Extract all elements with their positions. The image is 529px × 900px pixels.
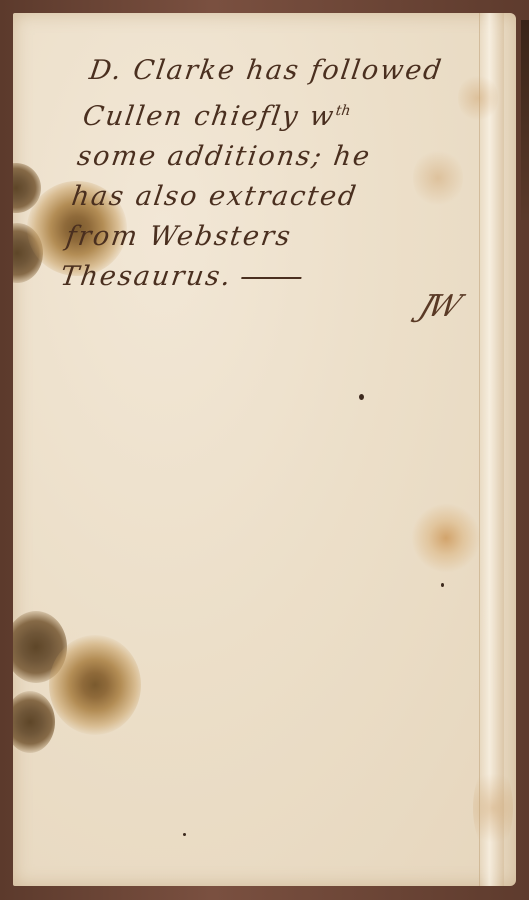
note-line-5: from Websters xyxy=(63,217,422,257)
handwritten-note: D. Clarke has followed Cullen chiefly wt… xyxy=(58,51,446,297)
ink-speck xyxy=(441,583,444,587)
dash-stroke xyxy=(242,277,302,279)
ink-speck xyxy=(183,833,186,836)
note-line-3: some additions; he xyxy=(75,137,434,177)
note-line-6: Thesaurus. xyxy=(58,257,417,297)
foxing-spot xyxy=(458,73,498,123)
note-line-2-text: Cullen chiefly w xyxy=(81,101,337,132)
superscript-th: th xyxy=(335,103,352,119)
flyleaf-page: D. Clarke has followed Cullen chiefly wt… xyxy=(13,13,516,886)
ink-speck xyxy=(359,394,364,400)
signature-initials: JW xyxy=(415,289,463,324)
binding-edge xyxy=(521,20,529,220)
note-line-4: has also extracted xyxy=(69,177,428,217)
note-line-1: D. Clarke has followed xyxy=(87,51,446,91)
page-fold xyxy=(479,13,504,886)
stain-spot xyxy=(411,503,481,573)
note-line-6-text: Thesaurus. xyxy=(58,261,234,292)
stain-spot xyxy=(49,635,141,735)
note-line-2: Cullen chiefly wth xyxy=(80,91,440,137)
foxing-spot xyxy=(473,763,513,853)
stain-spot xyxy=(13,691,55,753)
